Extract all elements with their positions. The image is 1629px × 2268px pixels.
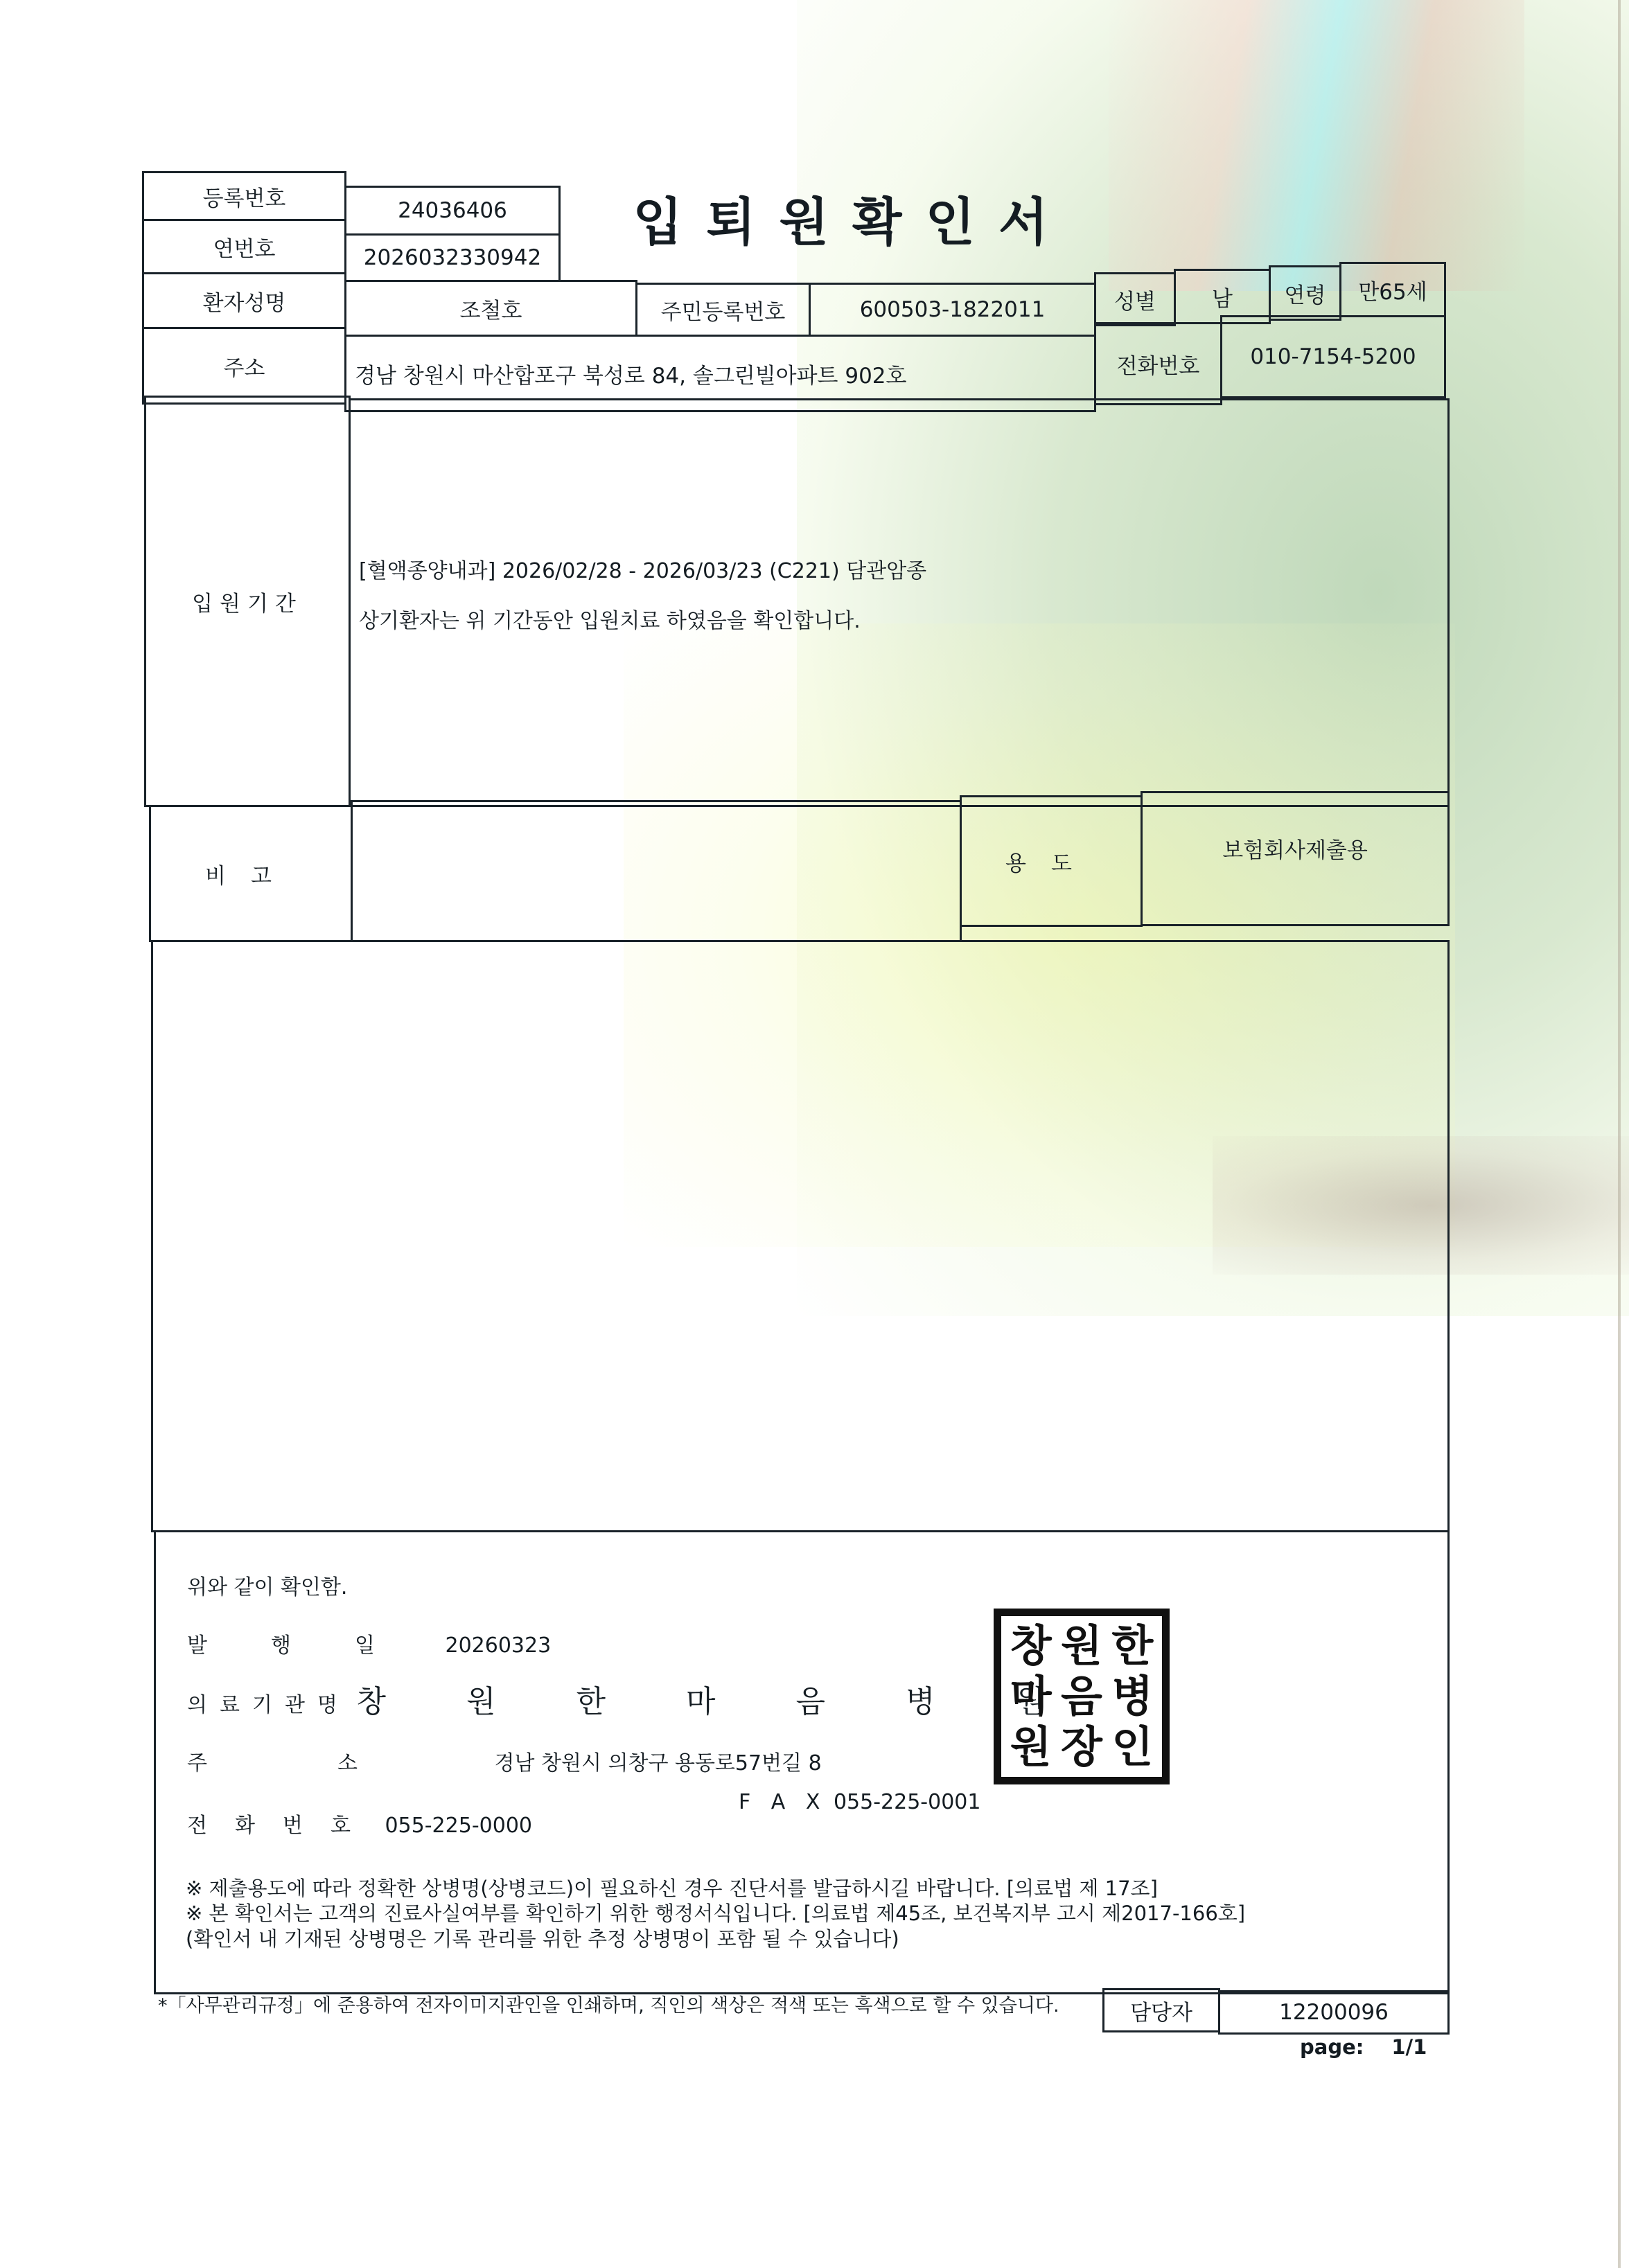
registration-value: 24036406 [398,198,507,223]
institution-fax-row: F A X 055-225-0001 [739,1790,980,1814]
institution-address-value: 경남 창원시 의창구 용동로57번길 8 [495,1751,822,1775]
remarks-value-cell [351,800,962,942]
purpose-label: 용도 [1005,846,1097,877]
age-value: 만65세 [1358,274,1427,305]
issue-date-label: 발행일 [187,1628,439,1658]
admission-period-content: [혈액종양내과] 2026/02/28 - 2026/03/23 (C221) … [359,561,926,661]
address-label-cell: 주소 [142,327,346,405]
seal-char: 장 [1061,1726,1102,1769]
seal-char: 원 [1010,1726,1052,1769]
seal-char: 마 [1010,1675,1052,1718]
institution-row: 의료기관명 창원한마음병원 [187,1676,1125,1721]
notes: ※ 제출용도에 따라 정확한 상병명(상병코드)이 필요하신 경우 진단서를 발… [186,1876,1245,1951]
address-value: 경남 창원시 마산합포구 북성로 84, 솔그린빌아파트 902호 [355,358,906,389]
staff-label: 담당자 [1130,1995,1192,2026]
seal-char: 원 [1061,1624,1102,1667]
serial-label: 연번호 [213,231,276,263]
note-line: ※ 본 확인서는 고객의 진료사실여부를 확인하기 위한 행정서식입니다. [의… [186,1901,1245,1926]
phone-label: 전화번호 [1117,348,1200,380]
admission-confirmation-line: 상기환자는 위 기간동안 입원치료 하였음을 확인합니다. [359,611,926,632]
admission-period-line: [혈액종양내과] 2026/02/28 - 2026/03/23 (C221) … [359,561,926,582]
institution-phone-row: 전화번호 055-225-0000 [187,1808,532,1839]
page-label: page: [1300,2035,1364,2059]
seal-char: 한 [1111,1624,1153,1667]
official-seal-stamp: 창 원 한 마 음 병 원 장 인 [994,1609,1170,1784]
registration-label: 등록번호 [203,181,286,212]
admission-period-label-cell: 입원기간 [144,396,351,807]
registration-label-cell: 등록번호 [142,171,346,221]
patient-name-value-cell: 조철호 [344,280,637,337]
institution-address-row: 주소 경남 창원시 의창구 용동로57번길 8 [187,1746,822,1776]
note-line: ※ 제출용도에 따라 정확한 상병명(상병코드)이 필요하신 경우 진단서를 발… [186,1876,1245,1901]
institution-phone-value: 055-225-0000 [385,1814,532,1838]
purpose-label-cell: 용도 [960,795,1143,927]
seal-char: 병 [1111,1675,1153,1718]
note-line: (확인서 내 기재된 상병명은 기록 관리를 위한 추정 상병명이 포함 될 수… [186,1926,1245,1951]
purpose-value: 보험회사제출용 [1222,833,1368,864]
rrn-value: 600503-1822011 [860,297,1046,322]
age-label-cell: 연령 [1269,265,1341,321]
issue-date-value: 20260323 [446,1633,552,1658]
serial-value: 2026032330942 [364,245,541,270]
issue-date-row: 발행일 20260323 [187,1628,551,1658]
purpose-value-cell: 보험회사제출용 [1141,791,1450,926]
serial-label-cell: 연번호 [142,219,346,274]
remarks-label: 비고 [205,858,297,889]
phone-label-cell: 전화번호 [1094,322,1222,405]
institution-address-label: 주소 [187,1746,488,1776]
admission-discharge-certificate: 등록번호 24036406 연번호 2026032330942 입퇴원확인서 환… [0,0,1629,2268]
confirmation-statement: 위와 같이 확인함. [187,1570,347,1600]
admission-period-label: 입원기간 [192,586,303,617]
phone-value-cell: 010-7154-5200 [1220,315,1446,398]
patient-name-label-cell: 환자성명 [142,272,346,329]
patient-name-label: 환자성명 [203,285,286,317]
registration-value-cell: 24036406 [344,186,561,236]
staff-label-cell: 담당자 [1102,1988,1220,2032]
sex-label: 성별 [1114,284,1156,315]
remarks-label-cell: 비고 [149,805,353,942]
phone-value: 010-7154-5200 [1250,344,1416,369]
staff-value-cell: 12200096 [1218,1990,1450,2035]
address-label: 주소 [224,351,265,382]
blank-area [151,940,1450,1532]
institution-phone-label: 전화번호 [187,1808,378,1839]
sex-value: 남 [1212,281,1233,312]
age-value-cell: 만65세 [1339,262,1446,317]
institution-fax-value: 055-225-0001 [834,1790,981,1814]
seal-char: 인 [1111,1726,1153,1769]
serial-value-cell: 2026032330942 [344,233,561,282]
age-label: 연령 [1285,278,1326,309]
patient-name-value: 조철호 [460,293,522,324]
rrn-label-cell: 주민등록번호 [635,283,811,337]
seal-char: 창 [1010,1624,1052,1667]
rrn-label: 주민등록번호 [661,294,786,326]
page-number: page:1/1 [1300,2035,1427,2059]
rrn-value-cell: 600503-1822011 [809,283,1096,337]
institution-fax-label: F A X [739,1790,827,1814]
sex-label-cell: 성별 [1094,272,1176,326]
seal-char: 음 [1061,1675,1102,1718]
disclaimer: *「사무관리규정」에 준용하여 전자이미지관인을 인쇄하며, 직인의 색상은 적… [158,1992,1114,2021]
staff-value: 12200096 [1279,2000,1389,2025]
page-value: 1/1 [1391,2035,1427,2059]
institution-label: 의료기관명 [187,1687,350,1718]
page-title: 입퇴원확인서 [624,180,1081,256]
